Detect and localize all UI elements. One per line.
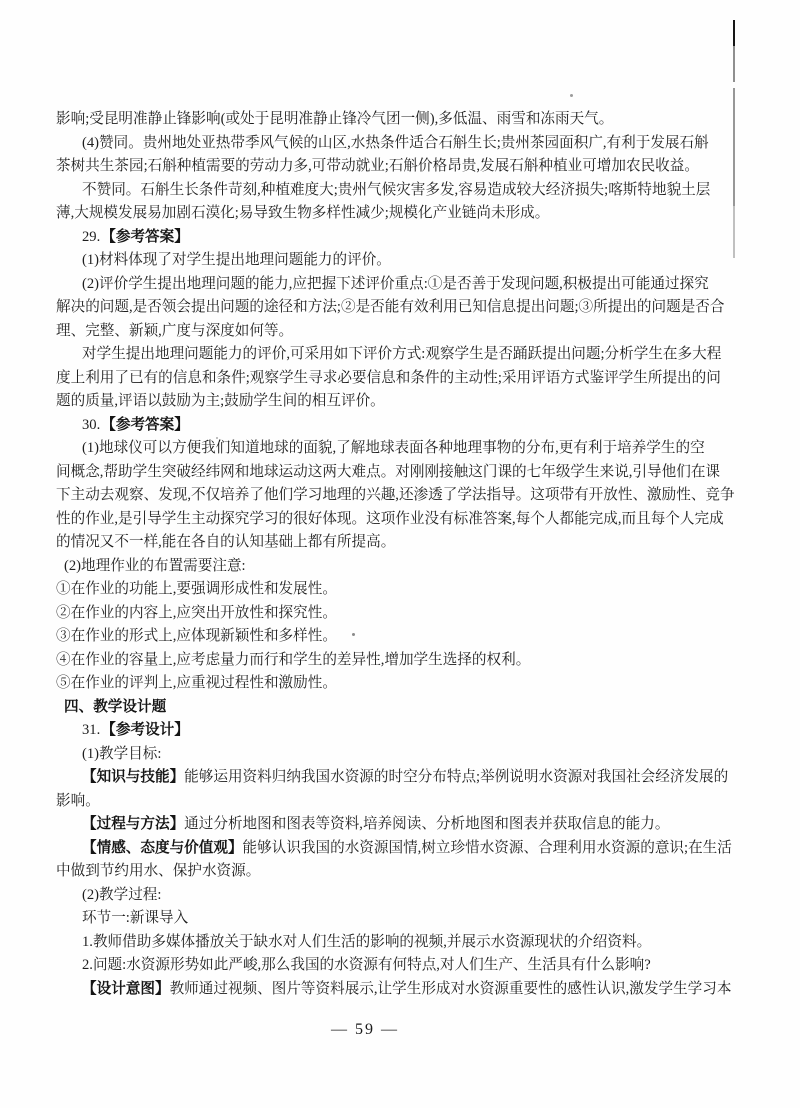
line-text: 通过分析地图和图表等资料,培养阅读、分析地图和图表并获取信息的能力。 [184,816,669,832]
list-item: ⑤在作业的评判上,应重视过程性和激励性。 [56,672,762,696]
scan-speck [570,94,573,97]
doc-line: 不赞同。石斛生长条件苛刻,种植难度大;贵州气候灾害多发,容易造成较大经济损失;喀… [56,179,762,203]
doc-line: (2)地理作业的布置需要注意: [56,555,762,579]
answer-heading-30: 30.【参考答案】 [56,414,762,438]
list-item: ②在作业的内容上,应突出开放性和探究性。 [56,602,762,626]
list-item: ①在作业的功能上,要强调形成性和发展性。 [56,578,762,602]
bracket-label: 【知识与技能】 [82,769,184,785]
list-item: ④在作业的容量上,应考虑量力而行和学生的差异性,增加学生选择的权利。 [56,649,762,673]
question-number: 29. [82,229,100,245]
line-text: 能够运用资料归纳我国水资源的时空分布特点;举例说明水资源对我国社会经济发展的 [184,769,728,785]
doc-line: (1)地球仪可以方便我们知道地球的面貌,了解地球表面各种地理事物的分布,更有利于… [56,437,762,461]
scanned-document-page: 影响;受昆明准静止锋影响(或处于昆明准静止锋冷气团一侧),多低温、雨雪和冻雨天气… [0,0,800,1108]
bracket-heading: 【参考答案】 [101,229,189,245]
scan-speck [216,437,218,439]
doc-line: 中做到节约用水、保护水资源。 [56,860,762,884]
scan-artifact-line-dark [733,20,735,46]
page-number: — 59 — [56,1021,674,1039]
doc-line: 的情况又不一样,能在各自的认知基础上都有所提高。 [56,531,762,555]
doc-line: 度上利用了已有的信息和条件;观察学生寻求必要信息和条件的主动性;采用评语方式鉴评… [56,367,762,391]
doc-line: 2.问题:水资源形势如此严峻,那么我国的水资源有何特点,对人们生产、生活具有什么… [56,954,762,978]
list-item: ③在作业的形式上,应体现新颖性和多样性。 [56,625,762,649]
answer-heading-29: 29.【参考答案】 [56,226,762,250]
scan-artifact-line [733,88,735,206]
doc-line: (1)教学目标: [56,743,762,767]
doc-line: (4)赞同。贵州地处亚热带季风气候的山区,水热条件适合石斛生长;贵州茶园面积广,… [56,132,762,156]
doc-line: 理、完整、新颖,广度与深度如何等。 [56,320,762,344]
scan-speck [352,633,355,636]
question-number: 31. [82,722,100,738]
bracket-heading: 【参考设计】 [101,722,189,738]
doc-line: 间概念,帮助学生突破经纬网和地球运动这两大难点。对刚刚接触这门课的七年级学生来说… [56,461,762,485]
bracket-label: 【情感、态度与价值观】 [82,840,243,856]
doc-line: 对学生提出地理问题能力的评价,可采用如下评价方式:观察学生是否踊跃提出问题;分析… [56,343,762,367]
doc-line: 影响。 [56,790,762,814]
doc-line: (1)材料体现了对学生提出地理问题能力的评价。 [56,249,762,273]
doc-line: 【设计意图】教师通过视频、图片等资料展示,让学生形成对水资源重要性的感性认识,激… [56,978,762,1002]
doc-line: 解决的问题,是否领会提出问题的途径和方法;②是否能有效利用已知信息提出问题;③所… [56,296,762,320]
scan-artifact-line-faint [733,206,735,258]
line-text: 教师通过视频、图片等资料展示,让学生形成对水资源重要性的感性认识,激发学生学习本 [170,981,732,997]
doc-line: 性的作业,是引导学生主动探究学习的很好体现。这项作业没有标准答案,每个人都能完成… [56,508,762,532]
doc-line: 【过程与方法】通过分析地图和图表等资料,培养阅读、分析地图和图表并获取信息的能力… [56,813,762,837]
doc-line: 【情感、态度与价值观】能够认识我国的水资源国情,树立珍惜水资源、合理利用水资源的… [56,837,762,861]
doc-line: 环节一:新课导入 [56,907,762,931]
doc-line: 茶树共生茶园;石斛种植需要的劳动力多,可带动就业;石斛价格昂贵,发展石斛种植业可… [56,155,762,179]
doc-line: 【知识与技能】能够运用资料归纳我国水资源的时空分布特点;举例说明水资源对我国社会… [56,766,762,790]
bracket-label: 【设计意图】 [82,981,170,997]
question-number: 30. [82,417,100,433]
doc-line: 1.教师借助多媒体播放关于缺水对人们生活的影响的视频,并展示水资源现状的介绍资料… [56,931,762,955]
doc-line: 薄,大规模发展易加剧石漠化;易导致生物多样性减少;规模化产业链尚未形成。 [56,202,762,226]
scan-artifact-line [733,46,735,82]
doc-line: 下主动去观察、发现,不仅培养了他们学习地理的兴趣,还渗透了学法指导。这项带有开放… [56,484,762,508]
section-heading: 四、教学设计题 [56,696,762,720]
document-body: 影响;受昆明准静止锋影响(或处于昆明准静止锋冷气团一侧),多低温、雨雪和冻雨天气… [56,108,762,1001]
bracket-heading: 【参考答案】 [101,417,189,433]
answer-heading-31: 31.【参考设计】 [56,719,762,743]
doc-line: (2)评价学生提出地理问题的能力,应把握下述评价重点:①是否善于发现问题,积极提… [56,273,762,297]
section-heading-text: 四、教学设计题 [64,699,166,715]
doc-line: 影响;受昆明准静止锋影响(或处于昆明准静止锋冷气团一侧),多低温、雨雪和冻雨天气… [56,108,762,132]
doc-line: (2)教学过程: [56,884,762,908]
line-text: 能够认识我国的水资源国情,树立珍惜水资源、合理利用水资源的意识;在生活 [243,840,732,856]
bracket-label: 【过程与方法】 [82,816,184,832]
doc-line: 题的质量,评语以鼓励为主;鼓励学生间的相互评价。 [56,390,762,414]
